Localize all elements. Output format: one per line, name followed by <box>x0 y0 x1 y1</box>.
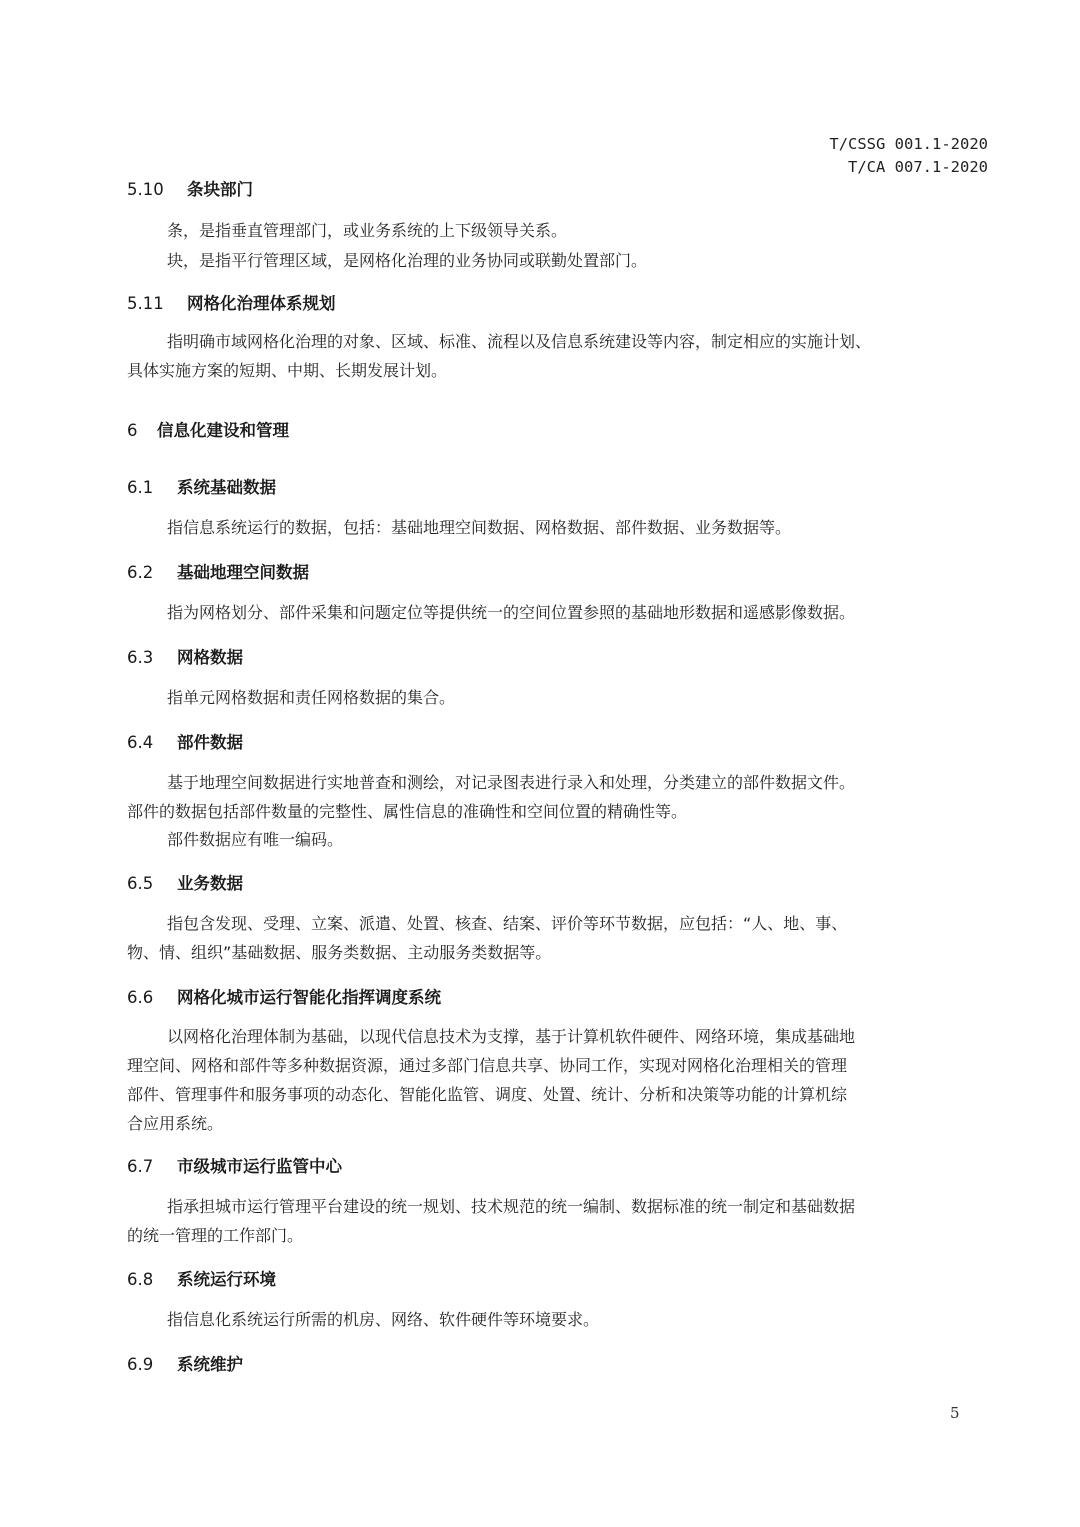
section-heading: 6.5业务数据 <box>127 870 243 894</box>
section-number: 6 <box>127 421 157 440</box>
section-number: 6.5 <box>127 874 177 893</box>
paragraph: 部件数据应有唯一编码。 <box>127 825 977 854</box>
line-text: 指单元网格数据和责任网格数据的集合。 <box>167 688 455 707</box>
section-heading: 6.6网格化城市运行智能化指挥调度系统 <box>127 984 441 1008</box>
paragraph-line: 指明确市域网格化治理的对象、区域、标准、流程以及信息系统建设等内容，制定相应的实… <box>127 327 977 356</box>
paragraph: 块，是指平行管理区域，是网格化治理的业务协同或联勤处置部门。 <box>127 246 977 275</box>
section-heading: 6.2基础地理空间数据 <box>127 559 309 583</box>
paragraph-line: 条，是指垂直管理部门，或业务系统的上下级领导关系。 <box>127 216 977 245</box>
section-number: 6.7 <box>127 1157 177 1176</box>
line-text: 部件的数据包括部件数量的完整性、属性信息的准确性和空间位置的精确性等。 <box>127 802 687 821</box>
paragraph-line: 指单元网格数据和责任网格数据的集合。 <box>127 683 977 712</box>
paragraph: 指承担城市运行管理平台建设的统一规划、技术规范的统一编制、数据标准的统一制定和基… <box>127 1192 977 1250</box>
section-number: 5.11 <box>127 294 187 313</box>
paragraph-line: 指包含发现、受理、立案、派遣、处置、核查、结案、评价等环节数据，应包括：“人、地… <box>127 909 977 938</box>
paragraph-line: 具体实施方案的短期、中期、长期发展计划。 <box>127 356 977 385</box>
line-text: 指包含发现、受理、立案、派遣、处置、核查、结案、评价等环节数据，应包括：“人、地… <box>167 914 847 933</box>
paragraph-line: 块，是指平行管理区域，是网格化治理的业务协同或联勤处置部门。 <box>127 246 977 275</box>
line-text: 具体实施方案的短期、中期、长期发展计划。 <box>127 361 447 380</box>
paragraph-line: 以网格化治理体制为基础，以现代信息技术为支撑，基于计算机软件硬件、网络环境，集成… <box>127 1022 977 1051</box>
paragraph-line: 合应用系统。 <box>127 1109 977 1138</box>
line-text: 指为网格划分、部件采集和问题定位等提供统一的空间位置参照的基础地形数据和遥感影像… <box>167 603 855 622</box>
paragraph-line: 指为网格划分、部件采集和问题定位等提供统一的空间位置参照的基础地形数据和遥感影像… <box>127 598 977 627</box>
paragraph: 指为网格划分、部件采集和问题定位等提供统一的空间位置参照的基础地形数据和遥感影像… <box>127 598 977 627</box>
section-title: 系统基础数据 <box>177 478 276 497</box>
paragraph-line: 物、情、组织”基础数据、服务类数据、主动服务类数据等。 <box>127 938 977 967</box>
line-text: 条，是指垂直管理部门，或业务系统的上下级领导关系。 <box>167 221 567 240</box>
line-text: 指承担城市运行管理平台建设的统一规划、技术规范的统一编制、数据标准的统一制定和基… <box>167 1197 855 1216</box>
line-text: 指信息化系统运行所需的机房、网络、软件硬件等环境要求。 <box>167 1310 599 1329</box>
paragraph: 条，是指垂直管理部门，或业务系统的上下级领导关系。 <box>127 216 977 245</box>
section-number: 6.2 <box>127 563 177 582</box>
line-text: 的统一管理的工作部门。 <box>127 1226 303 1245</box>
section-heading: 5.10条块部门 <box>127 176 253 200</box>
section-heading: 6.9系统维护 <box>127 1351 243 1375</box>
paragraph-line: 部件数据应有唯一编码。 <box>127 825 977 854</box>
section-title: 系统维护 <box>177 1355 243 1374</box>
line-text: 以网格化治理体制为基础，以现代信息技术为支撑，基于计算机软件硬件、网络环境，集成… <box>167 1027 855 1046</box>
paragraph-line: 理空间、网格和部件等多种数据资源，通过多部门信息共享、协同工作，实现对网格化治理… <box>127 1051 977 1080</box>
section-number: 6.4 <box>127 733 177 752</box>
paragraph: 指信息系统运行的数据，包括：基础地理空间数据、网格数据、部件数据、业务数据等。 <box>127 513 977 542</box>
section-title: 网格化城市运行智能化指挥调度系统 <box>177 988 441 1007</box>
section-heading: 6.3网格数据 <box>127 644 243 668</box>
section-heading: 6信息化建设和管理 <box>127 417 289 441</box>
section-number: 6.1 <box>127 478 177 497</box>
section-title: 网格数据 <box>177 648 243 667</box>
section-heading: 6.1系统基础数据 <box>127 474 276 498</box>
section-title: 业务数据 <box>177 874 243 893</box>
paragraph-line: 部件的数据包括部件数量的完整性、属性信息的准确性和空间位置的精确性等。 <box>127 797 977 826</box>
line-text: 部件数据应有唯一编码。 <box>167 830 343 849</box>
section-heading: 6.4部件数据 <box>127 729 243 753</box>
line-text: 合应用系统。 <box>127 1114 223 1133</box>
line-text: 指明确市域网格化治理的对象、区域、标准、流程以及信息系统建设等内容，制定相应的实… <box>167 332 871 351</box>
standard-code-secondary: T/CA 007.1-2020 <box>829 156 988 179</box>
line-text: 块，是指平行管理区域，是网格化治理的业务协同或联勤处置部门。 <box>167 251 647 270</box>
paragraph-line: 指信息化系统运行所需的机房、网络、软件硬件等环境要求。 <box>127 1305 977 1334</box>
page-number: 5 <box>950 1404 960 1422</box>
paragraph-line: 的统一管理的工作部门。 <box>127 1221 977 1250</box>
paragraph-line: 指承担城市运行管理平台建设的统一规划、技术规范的统一编制、数据标准的统一制定和基… <box>127 1192 977 1221</box>
paragraph: 指信息化系统运行所需的机房、网络、软件硬件等环境要求。 <box>127 1305 977 1334</box>
paragraph-line: 指信息系统运行的数据，包括：基础地理空间数据、网格数据、部件数据、业务数据等。 <box>127 513 977 542</box>
line-text: 部件、管理事件和服务事项的动态化、智能化监管、调度、处置、统计、分析和决策等功能… <box>127 1085 847 1104</box>
section-title: 基础地理空间数据 <box>177 563 309 582</box>
section-number: 6.9 <box>127 1355 177 1374</box>
paragraph: 指包含发现、受理、立案、派遣、处置、核查、结案、评价等环节数据，应包括：“人、地… <box>127 909 977 967</box>
line-text: 指信息系统运行的数据，包括：基础地理空间数据、网格数据、部件数据、业务数据等。 <box>167 518 791 537</box>
section-heading: 6.7市级城市运行监管中心 <box>127 1153 342 1177</box>
section-title: 信息化建设和管理 <box>157 421 289 440</box>
paragraph: 基于地理空间数据进行实地普查和测绘，对记录图表进行录入和处理，分类建立的部件数据… <box>127 768 977 826</box>
section-heading: 5.11网格化治理体系规划 <box>127 290 336 314</box>
section-title: 市级城市运行监管中心 <box>177 1157 342 1176</box>
section-number: 6.3 <box>127 648 177 667</box>
section-title: 部件数据 <box>177 733 243 752</box>
paragraph: 以网格化治理体制为基础，以现代信息技术为支撑，基于计算机软件硬件、网络环境，集成… <box>127 1022 977 1138</box>
section-title: 条块部门 <box>187 180 253 199</box>
paragraph-line: 基于地理空间数据进行实地普查和测绘，对记录图表进行录入和处理，分类建立的部件数据… <box>127 768 977 797</box>
line-text: 物、情、组织”基础数据、服务类数据、主动服务类数据等。 <box>127 943 551 962</box>
section-title: 系统运行环境 <box>177 1270 276 1289</box>
paragraph: 指明确市域网格化治理的对象、区域、标准、流程以及信息系统建设等内容，制定相应的实… <box>127 327 977 385</box>
standard-code-primary: T/CSSG 001.1-2020 <box>829 133 988 156</box>
section-title: 网格化治理体系规划 <box>187 294 336 313</box>
line-text: 基于地理空间数据进行实地普查和测绘，对记录图表进行录入和处理，分类建立的部件数据… <box>167 773 855 792</box>
section-heading: 6.8系统运行环境 <box>127 1266 276 1290</box>
paragraph: 指单元网格数据和责任网格数据的集合。 <box>127 683 977 712</box>
section-number: 6.6 <box>127 988 177 1007</box>
paragraph-line: 部件、管理事件和服务事项的动态化、智能化监管、调度、处置、统计、分析和决策等功能… <box>127 1080 977 1109</box>
section-number: 5.10 <box>127 180 187 199</box>
section-number: 6.8 <box>127 1270 177 1289</box>
line-text: 理空间、网格和部件等多种数据资源，通过多部门信息共享、协同工作，实现对网格化治理… <box>127 1056 847 1075</box>
standard-code-header: T/CSSG 001.1-2020 T/CA 007.1-2020 <box>829 133 988 179</box>
